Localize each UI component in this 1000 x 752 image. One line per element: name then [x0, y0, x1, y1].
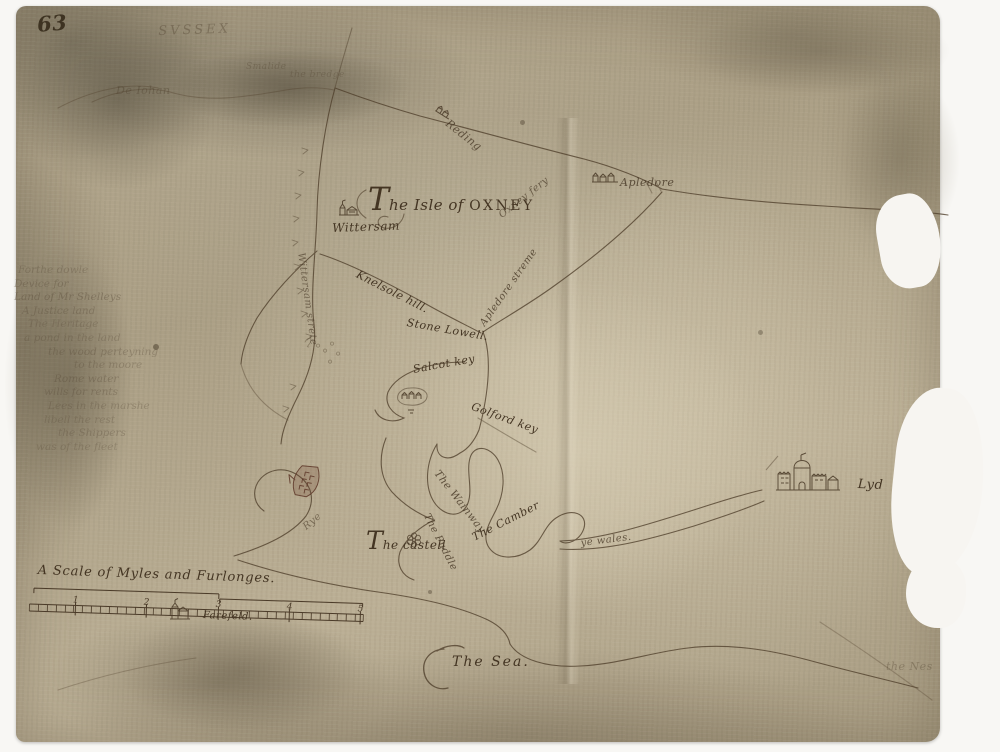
ridge-sketch-path: [58, 86, 334, 108]
south-coast-east-path: [510, 644, 918, 688]
label-bredge: the bredge: [290, 70, 345, 80]
scale-mile-2: 2: [143, 598, 150, 608]
legend-line: A Justice land: [14, 305, 224, 319]
scanned-map-page: { "colors": { "paper": "#b2a68c", "ink":…: [0, 0, 1000, 752]
legend-line: Forthe dowle: [14, 264, 224, 278]
legend-line: the Shippers: [14, 427, 224, 441]
legend-line: Land of Mr Shelleys: [14, 291, 224, 305]
legend-line: The Heritage: [14, 318, 224, 332]
wittersham-church-icon: [339, 200, 359, 215]
label-fairfield: Farefeld.: [203, 610, 253, 623]
label-lydd: Lyd: [857, 477, 883, 493]
lydd-church-icon: [766, 453, 840, 490]
legend-line: libell the rest: [14, 414, 224, 428]
label-wittersham: Wittersam: [332, 219, 400, 235]
legend-line: wills for rents: [14, 386, 224, 400]
label-the-nes: the Nes: [886, 660, 933, 673]
scale-mile-3: 3: [216, 600, 222, 610]
legend-line: Lees in the marshe: [14, 400, 224, 414]
label-sussex: SVSSEX: [158, 21, 231, 39]
legend-line: to the moore: [14, 359, 224, 373]
legend-line: the wood perteyning: [14, 346, 224, 360]
label-smalide: Smalide: [246, 62, 286, 72]
scale-overlines-path: [34, 588, 363, 607]
north-road-path: [335, 88, 662, 189]
appledore-hamlet-icon: [592, 173, 618, 182]
legend-line: Device for: [14, 278, 224, 292]
folio-number: 63: [36, 9, 68, 37]
scale-bar-lines-path: [29, 604, 363, 621]
scale-mile-4: 4: [286, 602, 293, 612]
sea-wall-upper-path: [560, 490, 762, 541]
west-fork-lower-path: [241, 364, 288, 420]
legend-line: was of the fleet: [14, 441, 224, 455]
salcot-hamlet-icon: [398, 388, 427, 413]
meander-west-path: [381, 438, 434, 580]
map-title-script: The Isle of: [368, 192, 464, 214]
label-apledore: Apledore: [620, 176, 674, 189]
rye-town-icon: [284, 459, 328, 501]
paper-tear-right-lower: [906, 556, 966, 628]
faint-bottomleft-path: [58, 658, 196, 690]
south-coast-path: [238, 560, 510, 644]
margin-legend: Forthe dowle Device for Land of Mr Shell…: [14, 264, 224, 454]
scale-mile-5: 5: [357, 604, 363, 614]
label-de-iohan: De Iohan: [116, 84, 171, 97]
legend-line: a pond in the land: [14, 332, 224, 346]
legend-line: Rome water: [14, 373, 224, 387]
scale-mile-1: 1: [73, 595, 79, 605]
label-the-sea: The Sea.: [452, 654, 530, 670]
scale-bar: 1 2 3 4 5: [29, 588, 364, 624]
